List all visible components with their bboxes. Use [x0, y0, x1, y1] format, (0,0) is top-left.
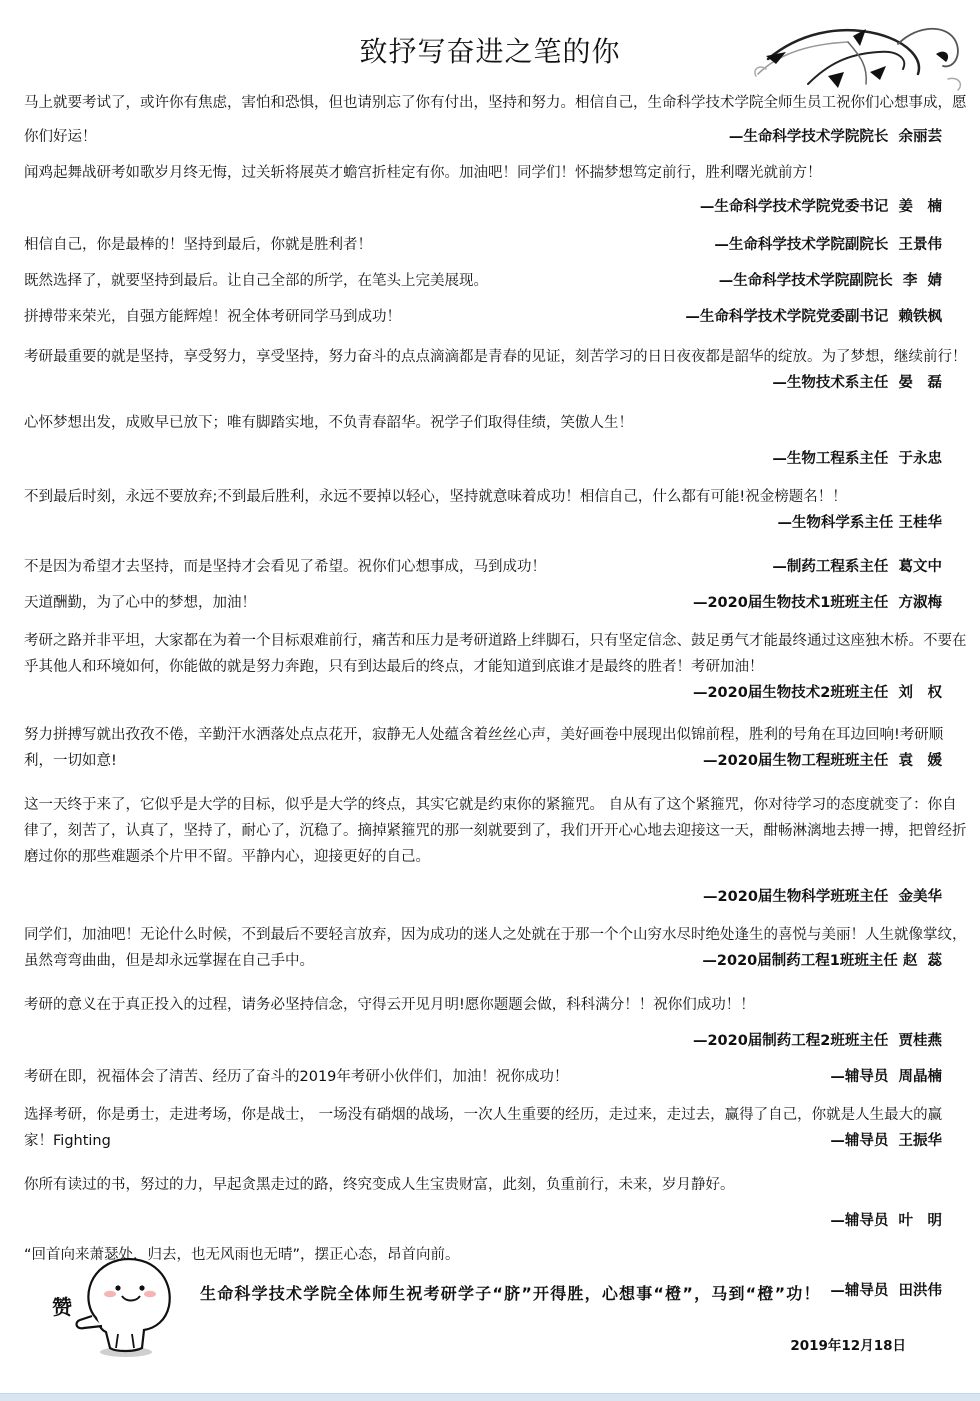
message-signature: —生命科学技术学院副院长 王景伟	[714, 228, 942, 262]
mascot-caption: 赞	[52, 1295, 73, 1319]
message-text: 考研的意义在于真正投入的过程，请务必坚持信念，守得云开见月明!愿你题题会做，科科…	[24, 988, 968, 1022]
message-entry: 马上就要考试了，或许你有焦虑，害怕和恐惧，但也请别忘了你有付出，坚持和努力。相信…	[24, 86, 968, 156]
message-entry: 不到最后时刻，永远不要放弃;不到最后胜利，永远不要掉以轻心，坚持就意味着成功！相…	[24, 480, 968, 550]
message-entry: 相信自己，你是最棒的！坚持到最后，你就是胜利者！ —生命科学技术学院副院长 王景…	[24, 228, 968, 264]
message-text: 心怀梦想出发，成败早已放下；唯有脚踏实地，不负青春韶华。祝学子们取得佳绩，笑傲人…	[24, 406, 968, 440]
message-signature: —生命科学技术学院党委副书记 赖铁枫	[685, 300, 942, 334]
message-text: 考研最重要的就是坚持，享受努力，享受坚持，努力奋斗的点点滴滴都是青春的见证，刻苦…	[24, 344, 968, 370]
message-entry: 选择考研，你是勇士，走进考场，你是战士， 一场没有硝烟的战场，一次人生重要的经历…	[24, 1098, 968, 1168]
document-page: 致抒写奋进之笔的你 马上就要考试了，或许你有焦虑，害怕和恐惧，但也请别忘了你有付…	[0, 0, 980, 1394]
message-entry: 这一天终于来了，它似乎是大学的目标，似乎是大学的终点，其实它就是约束你的紧箍咒。…	[24, 788, 968, 918]
message-signature: —辅导员 叶 明	[830, 1204, 942, 1238]
message-signature: —生命科学技术学院副院长 李 婧	[719, 264, 942, 298]
message-entry: 你所有读过的书，努过的力，早起贪黑走过的路，终究变成人生宝贵财富，此刻，负重前行…	[24, 1168, 968, 1238]
message-text: 这一天终于来了，它似乎是大学的目标，似乎是大学的终点，其实它就是约束你的紧箍咒。…	[24, 792, 968, 870]
message-signature: —生物技术系主任 晏 磊	[772, 370, 942, 396]
message-text: 考研在即，祝福体会了清苦、经历了奋斗的2019年考研小伙伴们，加油！祝你成功！	[24, 1060, 968, 1094]
message-signature: —辅导员 王振华	[830, 1128, 942, 1154]
document-date: 2019年12月18日	[790, 1334, 906, 1354]
message-signature: —辅导员 田洪伟	[830, 1274, 942, 1308]
message-signature: —生命科学技术学院党委书记 姜 楠	[700, 190, 942, 224]
message-signature: —生物工程系主任 于永忠	[772, 442, 942, 476]
message-entry: 考研最重要的就是坚持，享受努力，享受坚持，努力奋斗的点点滴滴都是青春的见证，刻苦…	[24, 340, 968, 406]
message-entry: 考研之路并非平坦，大家都在为着一个目标艰难前行，痛苦和压力是考研道路上绊脚石，只…	[24, 624, 968, 718]
floral-ornament-icon	[748, 14, 970, 94]
message-text: 你所有读过的书，努过的力，早起贪黑走过的路，终究变成人生宝贵财富，此刻，负重前行…	[24, 1168, 968, 1202]
message-signature: —2020届制药工程1班班主任 赵 蕊	[702, 948, 942, 974]
message-entry: 不是因为希望才去坚持，而是坚持才会看见了希望。祝你们心想事成，马到成功！ —制药…	[24, 550, 968, 586]
message-signature: —2020届生物工程班班主任 袁 媛	[703, 748, 942, 774]
message-entry: 既然选择了，就要坚持到最后。让自己全部的所学，在笔头上完美展现。 —生命科学技术…	[24, 264, 968, 300]
message-text: 闻鸡起舞战研考如歌岁月终无悔，过关斩将展英才蟾宫折桂定有你。加油吧！同学们！怀揣…	[24, 156, 968, 190]
message-signature: —生物科学系主任 王桂华	[777, 510, 942, 536]
message-entry: 心怀梦想出发，成败早已放下；唯有脚踏实地，不负青春韶华。祝学子们取得佳绩，笑傲人…	[24, 406, 968, 480]
message-signature: —制药工程系主任 葛文中	[772, 550, 942, 584]
message-entry: 考研的意义在于真正投入的过程，请务必坚持信念，守得云开见月明!愿你题题会做，科科…	[24, 988, 968, 1060]
message-signature: —2020届生物技术2班班主任 刘 权	[693, 680, 942, 706]
message-text: 考研之路并非平坦，大家都在为着一个目标艰难前行，痛苦和压力是考研道路上绊脚石，只…	[24, 628, 968, 680]
message-entry: 拼搏带来荣光，自强方能辉煌！祝全体考研同学马到成功！ —生命科学技术学院党委副书…	[24, 300, 968, 340]
message-list: 马上就要考试了，或许你有焦虑，害怕和恐惧，但也请别忘了你有付出，坚持和努力。相信…	[24, 86, 968, 1308]
message-entry: 闻鸡起舞战研考如歌岁月终无悔，过关斩将展英才蟾宫折桂定有你。加油吧！同学们！怀揣…	[24, 156, 968, 228]
message-signature: —2020届生物科学班班主任 金美华	[703, 884, 942, 910]
message-signature: —2020届制药工程2班班主任 贾桂燕	[693, 1024, 942, 1058]
message-entry: 考研在即，祝福体会了清苦、经历了奋斗的2019年考研小伙伴们，加油！祝你成功！ …	[24, 1060, 968, 1098]
thumbs-up-mascot-icon: 赞	[44, 1248, 194, 1360]
message-entry: 天道酬勤，为了心中的梦想，加油！ —2020届生物技术1班班主任 方淑梅	[24, 586, 968, 624]
message-signature: —辅导员 周晶楠	[830, 1060, 942, 1094]
message-text: 不到最后时刻，永远不要放弃;不到最后胜利，永远不要掉以轻心，坚持就意味着成功！相…	[24, 484, 968, 510]
message-signature: —2020届生物技术1班班主任 方淑梅	[693, 586, 942, 620]
closing-wishes: 生命科学技术学院全体师生祝考研学子“脐”开得胜，心想事“橙”，马到“橙”功！	[200, 1281, 821, 1304]
message-text: 选择考研，你是勇士，走进考场，你是战士， 一场没有硝烟的战场，一次人生重要的经历…	[24, 1102, 968, 1154]
message-signature: —生命科学技术学院院长 余丽芸	[729, 120, 942, 154]
page-bottom-edge	[0, 1393, 980, 1401]
message-entry: 同学们，加油吧！无论什么时候，不到最后不要轻言放弃，因为成功的迷人之处就在于那一…	[24, 918, 968, 988]
message-entry: 努力拼搏写就出孜孜不倦，辛勤汗水洒落处点点花开，寂静无人处蕴含着丝丝心声，美好画…	[24, 718, 968, 788]
